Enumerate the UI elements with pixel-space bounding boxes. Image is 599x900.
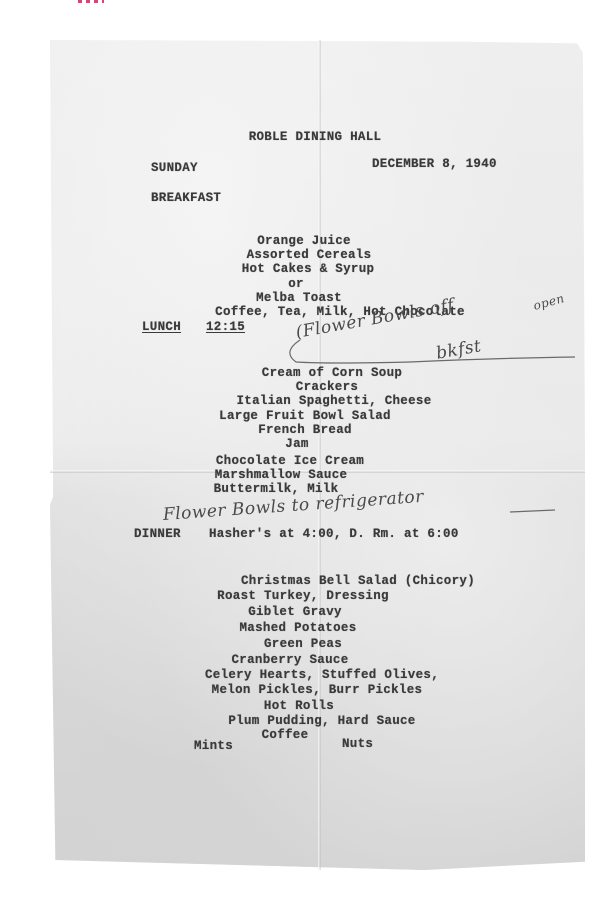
menu-item: Giblet Gravy [248,606,342,619]
dinner-note: Hasher's at 4:00, D. Rm. at 6:00 [209,528,459,541]
menu-item: Cranberry Sauce [231,654,348,667]
menu-item: Coffee [262,729,309,742]
menu-item: Celery Hearts, Stuffed Olives, [205,669,439,682]
menu-item: Green Peas [264,638,342,651]
menu-item: Christmas Bell Salad (Chicory) [241,575,475,588]
handwritten-strokes [0,0,599,900]
menu-item: Hot Rolls [264,700,334,713]
menu-item: Mashed Potatoes [239,622,356,635]
menu-item-nuts: Nuts [342,738,373,751]
menu-item: Melon Pickles, Burr Pickles [212,684,423,697]
menu-item-mints: Mints [194,740,233,753]
menu-item: Plum Pudding, Hard Sauce [228,715,415,728]
menu-item: Roast Turkey, Dressing [217,590,389,603]
dinner-heading: DINNER [134,528,181,541]
